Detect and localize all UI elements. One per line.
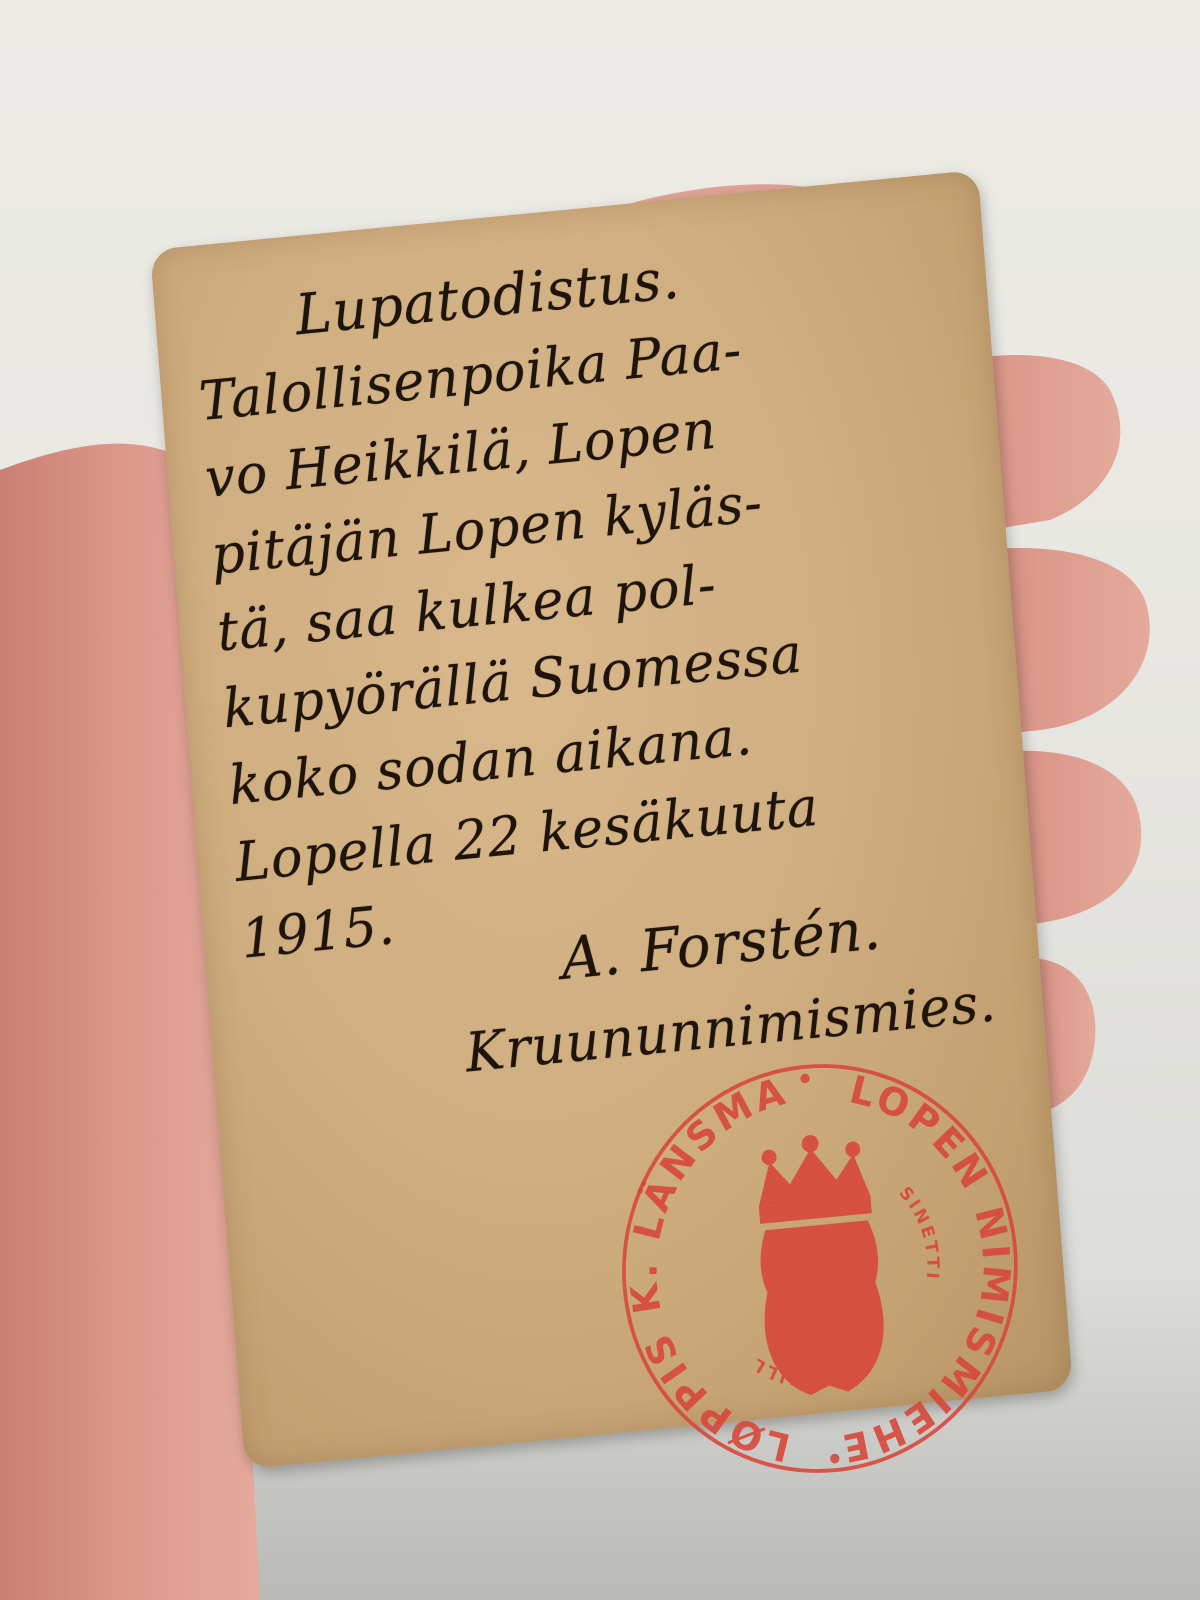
seal-inner-right: SINETTI [894, 1180, 944, 1286]
crown-icon [754, 1130, 872, 1224]
body-line: 1915. [239, 894, 398, 971]
official-seal: LØPPIS K. LÄNSMANS LOPEN NIMISMIEHEN SIG… [599, 1038, 1041, 1500]
svg-text:SINETTI: SINETTI [894, 1180, 944, 1286]
permit-card: Lupatodistus. Talollisenpoika Paa- vo He… [150, 170, 1073, 1469]
signature: A. Forstén. [559, 895, 884, 993]
